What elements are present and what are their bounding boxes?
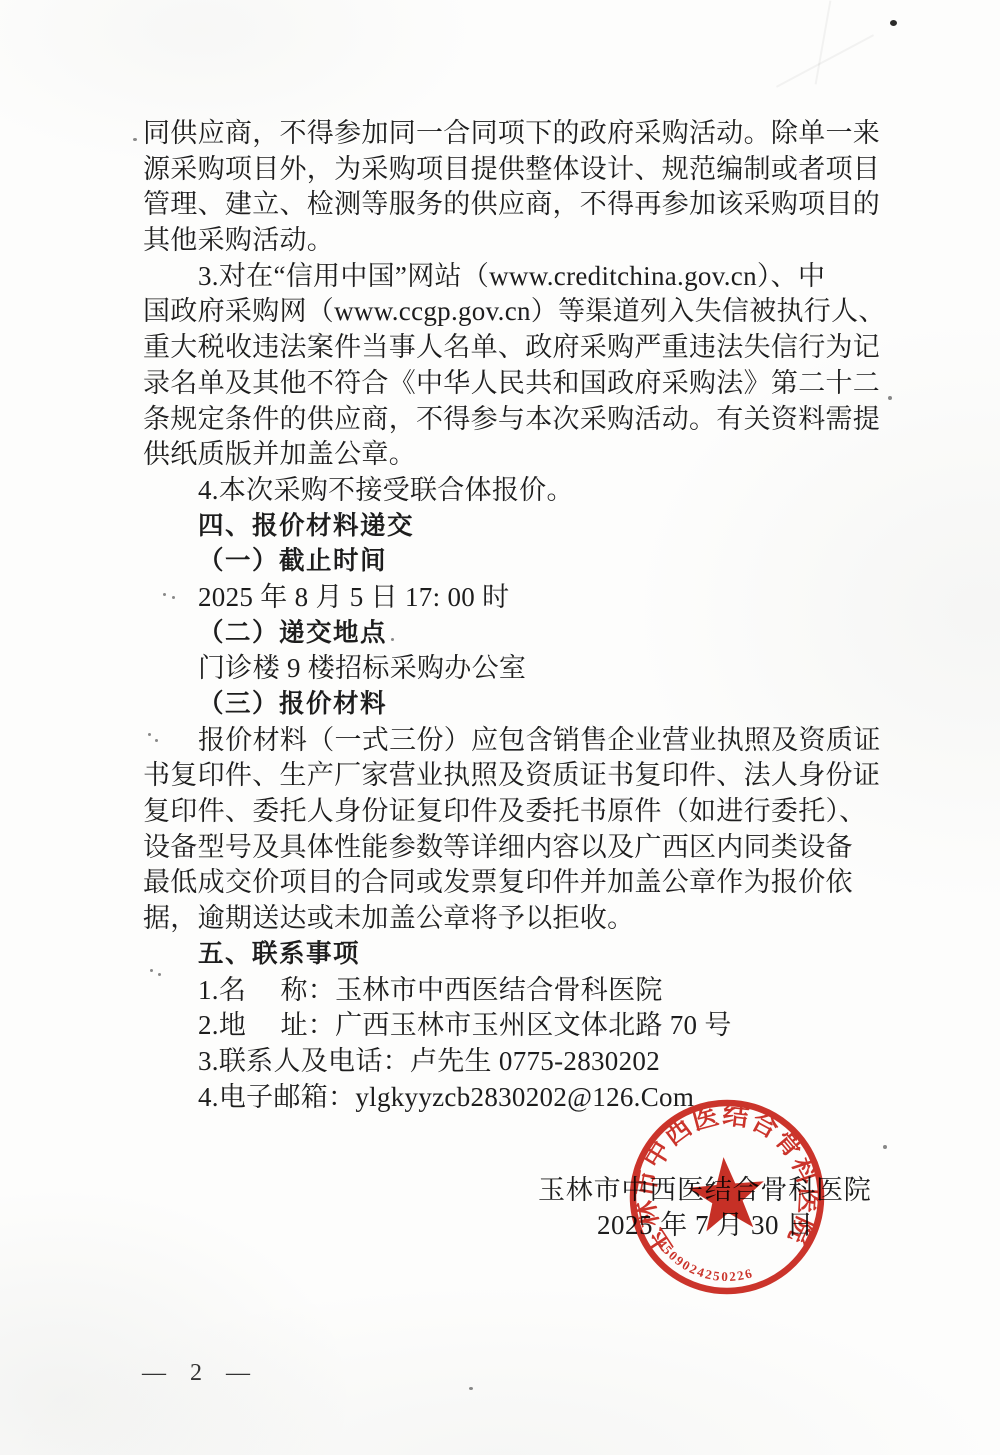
section-heading: 四、报价材料递交 xyxy=(143,509,883,545)
body-line: 门诊楼 9 楼招标采购办公室 xyxy=(143,651,883,687)
body-line: 报价材料（一式三份）应包含销售企业营业执照及资质证 xyxy=(143,723,883,759)
sub-heading: （二）递交地点 xyxy=(143,616,883,652)
scan-speck xyxy=(133,138,137,141)
scan-speck xyxy=(150,969,153,972)
scan-speck xyxy=(391,638,394,641)
scan-speck xyxy=(469,1387,473,1390)
official-seal: 玉林市中西医结合骨科医院 4509024250226 xyxy=(610,1080,844,1314)
contact-name-line: 1.名 称：玉林市中西医结合骨科医院 xyxy=(143,973,883,1009)
scan-speck xyxy=(163,593,166,596)
scan-crease xyxy=(815,0,832,84)
scan-speck xyxy=(377,634,380,637)
body-line: 同供应商，不得参加同一合同项下的政府采购活动。除单一来 xyxy=(143,116,883,152)
body-line: 录名单及其他不符合《中华人民共和国政府采购法》第二十二 xyxy=(143,366,883,402)
body-line: 复印件、委托人身份证复印件及委托书原件（如进行委托）、 xyxy=(143,794,883,830)
scan-speck xyxy=(873,770,878,774)
body-line: 4.本次采购不接受联合体报价。 xyxy=(143,473,883,509)
body-line: 最低成交价项目的合同或发票复印件并加盖公章作为报价依 xyxy=(143,865,883,901)
scanned-document-page: 同供应商，不得参加同一合同项下的政府采购活动。除单一来 源采购项目外，为采购项目… xyxy=(0,0,1000,1455)
body-line: 国政府采购网（www.ccgp.gov.cn）等渠道列入失信被执行人、 xyxy=(143,294,883,330)
contact-phone-line: 3.联系人及电话：卢先生 0775-2830202 xyxy=(143,1044,883,1080)
sub-heading: （三）报价材料 xyxy=(143,687,883,723)
sub-heading: （一）截止时间 xyxy=(143,544,883,580)
body-line: 条规定条件的供应商，不得参与本次采购活动。有关资料需提 xyxy=(143,402,883,438)
contact-address-line: 2.地 址：广西玉林市玉州区文体北路 70 号 xyxy=(143,1008,883,1044)
body-line: 设备型号及具体性能参数等详细内容以及广西区内同类设备 xyxy=(143,830,883,866)
document-body: 同供应商，不得参加同一合同项下的政府采购活动。除单一来 源采购项目外，为采购项目… xyxy=(143,116,883,1115)
body-line: 据，逾期送达或未加盖公章将予以拒收。 xyxy=(143,901,883,937)
page-number: — 2 — xyxy=(142,1360,259,1387)
body-line: 2025 年 8 月 5 日 17: 00 时 xyxy=(143,580,883,616)
seal-star-icon xyxy=(686,1154,768,1233)
section-heading: 五、联系事项 xyxy=(143,937,883,973)
scan-crease xyxy=(776,34,874,87)
scan-speck xyxy=(158,973,161,976)
body-line: 管理、建立、检测等服务的供应商，不得再参加该采购项目的 xyxy=(143,187,883,223)
scan-speck xyxy=(155,739,158,742)
scan-speck xyxy=(888,396,892,400)
body-line: 重大税收违法案件当事人名单、政府采购严重违法失信行为记 xyxy=(143,330,883,366)
body-line: 3.对在“信用中国”网站（www.creditchina.gov.cn）、中 xyxy=(143,259,883,295)
scan-speck xyxy=(172,596,175,599)
body-line: 源采购项目外，为采购项目提供整体设计、规范编制或者项目 xyxy=(143,152,883,188)
scan-speck xyxy=(148,733,151,736)
scan-speck xyxy=(890,20,897,26)
scan-speck xyxy=(883,1145,887,1149)
body-line: 其他采购活动。 xyxy=(143,223,883,259)
body-line: 供纸质版并加盖公章。 xyxy=(143,437,883,473)
body-line: 书复印件、生产厂家营业执照及资质证书复印件、法人身份证 xyxy=(143,758,883,794)
